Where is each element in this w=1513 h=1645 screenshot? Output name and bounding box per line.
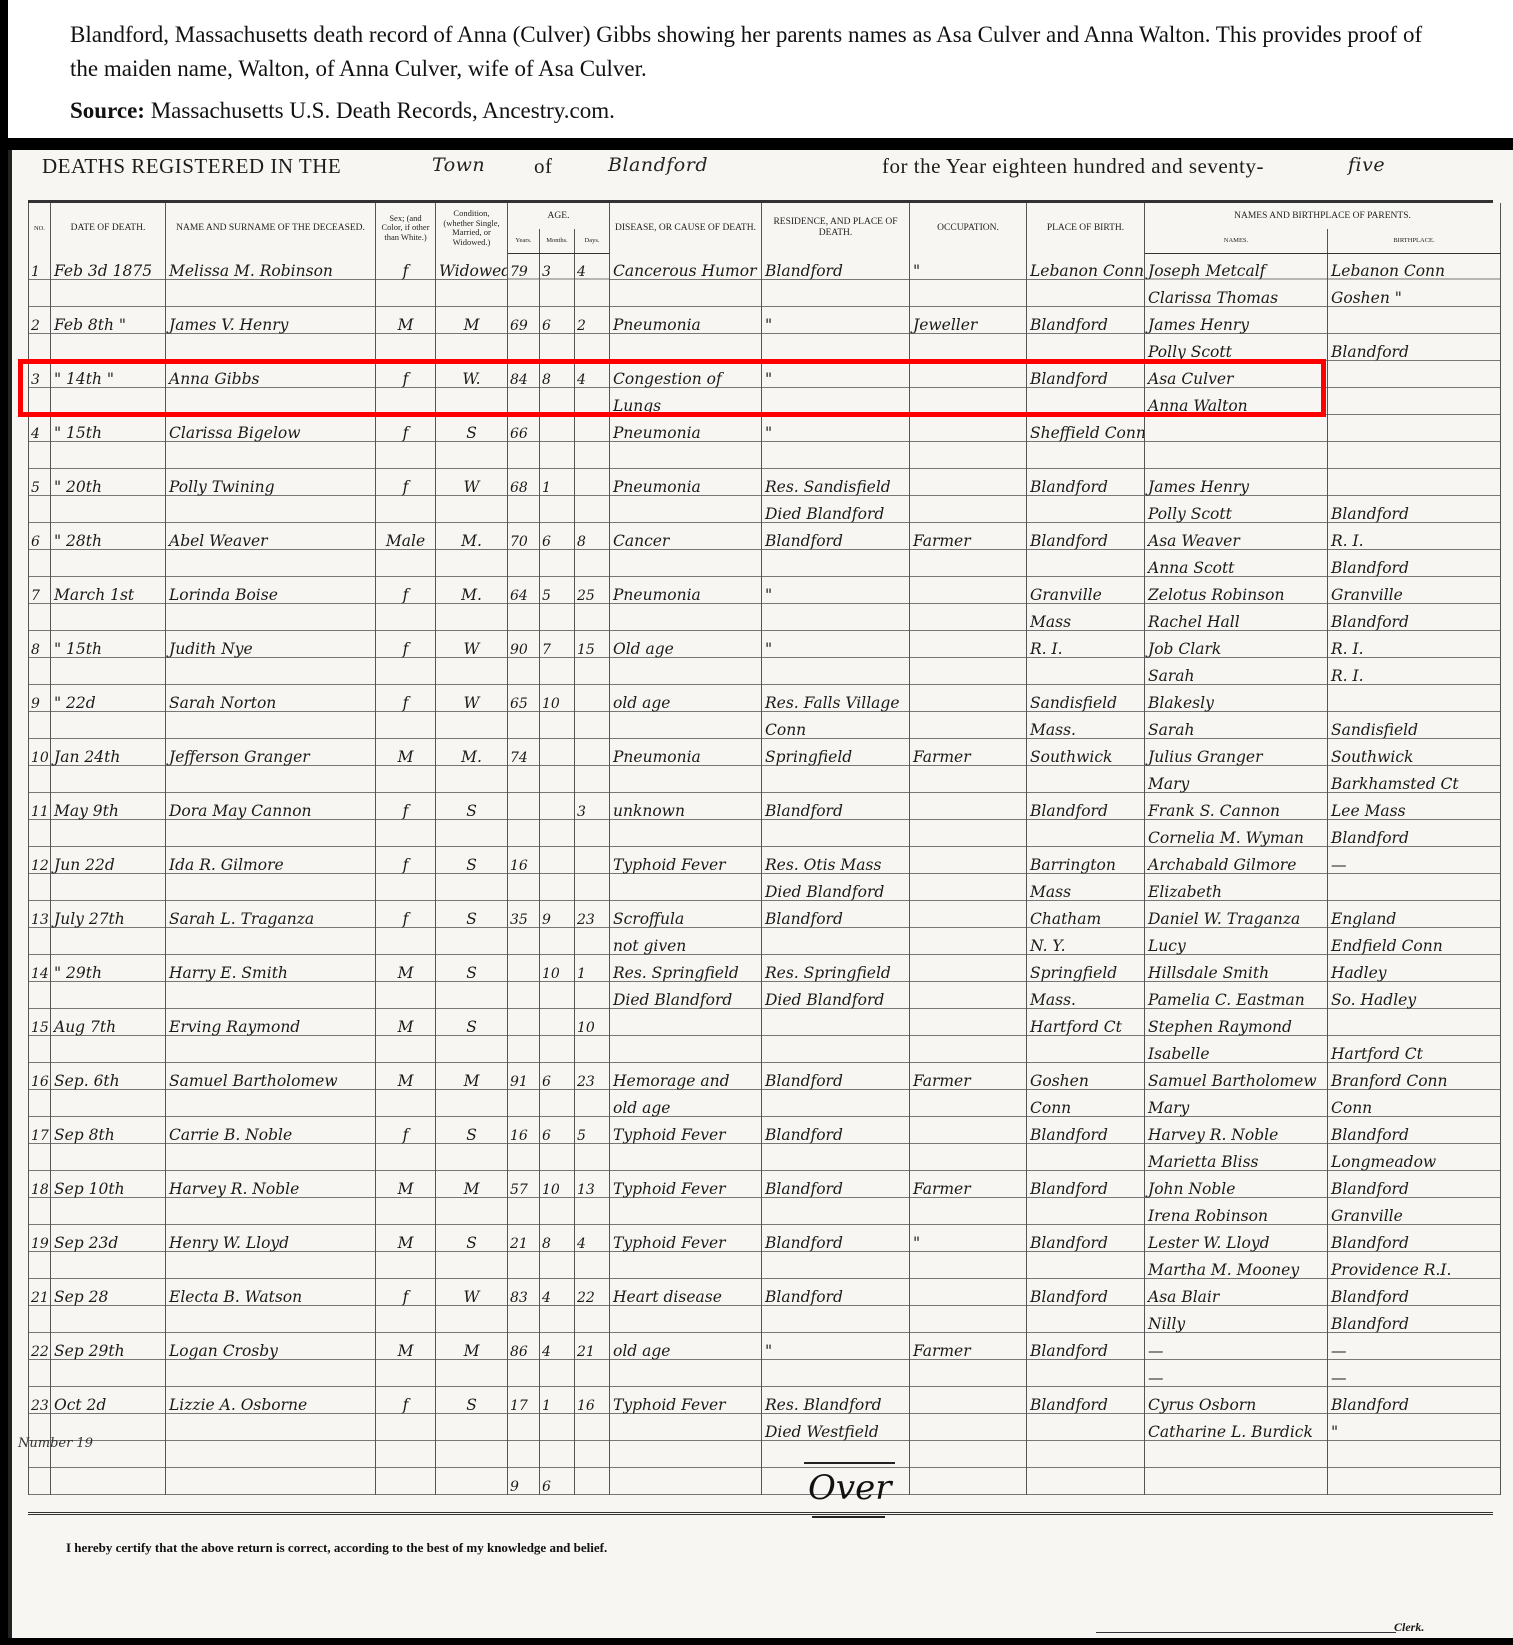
age-years [508, 766, 540, 793]
entry-number [29, 1306, 51, 1333]
occupation [910, 658, 1027, 685]
sex [376, 874, 436, 901]
place-of-birth [1027, 550, 1145, 577]
cause-of-death [610, 1414, 762, 1441]
occupation [910, 874, 1027, 901]
condition: M [436, 1171, 508, 1198]
deceased-name [166, 658, 376, 685]
sex [376, 1468, 436, 1495]
sex: f [376, 847, 436, 874]
parent-name: Sarah [1145, 658, 1328, 685]
condition: M. [436, 739, 508, 766]
place-of-birth [1027, 766, 1145, 793]
parent-name: Asa Blair [1145, 1279, 1328, 1306]
condition [436, 1414, 508, 1441]
date-of-death [51, 820, 166, 847]
parent-birthplace: Hartford Ct [1328, 1036, 1501, 1063]
entry-number: 19 [29, 1225, 51, 1252]
date-of-death: July 27th [51, 901, 166, 928]
deceased-name [166, 1144, 376, 1171]
age-days [575, 1144, 610, 1171]
age-years: 83 [508, 1279, 540, 1306]
age-months [540, 1090, 575, 1117]
entry-number: 16 [29, 1063, 51, 1090]
residence: Blandford [762, 1225, 910, 1252]
residence: Res. Falls Village [762, 685, 910, 712]
age-months [540, 496, 575, 523]
place-of-birth: Blandford [1027, 1117, 1145, 1144]
residence: Res. Sandisfield [762, 469, 910, 496]
condition: S [436, 901, 508, 928]
entry-number: 17 [29, 1117, 51, 1144]
place-of-birth: Springfield [1027, 955, 1145, 982]
parent-birthplace: — [1328, 1360, 1501, 1387]
parent-name [1145, 415, 1328, 442]
condition: S [436, 415, 508, 442]
condition [436, 982, 508, 1009]
cause-of-death [610, 658, 762, 685]
header-birthplace: Place of Birth. [1027, 203, 1145, 253]
condition [436, 1441, 508, 1468]
deceased-name [166, 1441, 376, 1468]
age-years [508, 1252, 540, 1279]
deceased-name [166, 1306, 376, 1333]
occupation [910, 1279, 1027, 1306]
parent-name: Asa Culver [1145, 361, 1328, 388]
parent-name: Mary [1145, 766, 1328, 793]
age-days [575, 685, 610, 712]
table-row: 3" 14th "Anna GibbsfW.8484Congestion of"… [29, 361, 1501, 388]
title-town-name: Blandford [608, 154, 708, 176]
age-years: 90 [508, 631, 540, 658]
entry-number [29, 1468, 51, 1495]
header-name: Name and Surname of the Deceased. [166, 203, 376, 253]
condition: W [436, 469, 508, 496]
age-months: 7 [540, 631, 575, 658]
residence [762, 1252, 910, 1279]
condition: Widowed [436, 253, 508, 280]
condition: W. [436, 361, 508, 388]
occupation [910, 496, 1027, 523]
sex: M [376, 955, 436, 982]
date-of-death: Sep 29th [51, 1333, 166, 1360]
deceased-name [166, 982, 376, 1009]
condition [436, 442, 508, 469]
age-years: 35 [508, 901, 540, 928]
occupation [910, 280, 1027, 307]
occupation [910, 1009, 1027, 1036]
occupation [910, 1144, 1027, 1171]
residence: Blandford [762, 1171, 910, 1198]
parent-name: Zelotus Robinson [1145, 577, 1328, 604]
entry-number: 21 [29, 1279, 51, 1306]
deceased-name: Abel Weaver [166, 523, 376, 550]
age-years: 86 [508, 1333, 540, 1360]
date-of-death: Sep 23d [51, 1225, 166, 1252]
age-years [508, 955, 540, 982]
date-of-death: Oct 2d [51, 1387, 166, 1414]
occupation [910, 604, 1027, 631]
residence: Died Westfield [762, 1414, 910, 1441]
title-print-3: for the Year eighteen hundred and sevent… [882, 154, 1264, 179]
age-years [508, 1360, 540, 1387]
cause-of-death: Pneumonia [610, 469, 762, 496]
parent-name: John Noble [1145, 1171, 1328, 1198]
residence [762, 1090, 910, 1117]
place-of-birth: N. Y. [1027, 928, 1145, 955]
table-row: 6" 28thAbel WeaverMaleM.7068CancerBlandf… [29, 523, 1501, 550]
age-years [508, 550, 540, 577]
parent-name: Isabelle [1145, 1036, 1328, 1063]
parent-name: Job Clark [1145, 631, 1328, 658]
cause-of-death [610, 1360, 762, 1387]
condition: S [436, 955, 508, 982]
age-months [540, 766, 575, 793]
age-years [508, 1144, 540, 1171]
age-years [508, 334, 540, 361]
entry-number: 7 [29, 577, 51, 604]
date-of-death [51, 874, 166, 901]
entry-number: 5 [29, 469, 51, 496]
occupation [910, 766, 1027, 793]
entry-number [29, 928, 51, 955]
source-label: Source: [70, 98, 145, 123]
table-row: 21Sep 28Electa B. WatsonfW83422Heart dis… [29, 1279, 1501, 1306]
header-parents: Names and Birthplace of Parents. [1145, 203, 1501, 229]
cause-of-death: Hemorage and [610, 1063, 762, 1090]
parent-birthplace: Sandisfield [1328, 712, 1501, 739]
header-no: No. [29, 203, 51, 253]
title-year: five [1348, 154, 1385, 176]
date-of-death [51, 928, 166, 955]
sex [376, 712, 436, 739]
sex: f [376, 1117, 436, 1144]
deceased-name: Clarissa Bigelow [166, 415, 376, 442]
parent-birthplace: Providence R.I. [1328, 1252, 1501, 1279]
date-of-death [51, 1252, 166, 1279]
parent-name: Catharine L. Burdick [1145, 1414, 1328, 1441]
parent-birthplace: R. I. [1328, 658, 1501, 685]
residence: Died Blandford [762, 496, 910, 523]
parent-name: Elizabeth [1145, 874, 1328, 901]
register-rows: 1Feb 3d 1875Melissa M. RobinsonfWidowed7… [29, 253, 1501, 1495]
cause-of-death [610, 712, 762, 739]
residence: Blandford [762, 253, 910, 280]
age-years: 79 [508, 253, 540, 280]
place-of-birth: Blandford [1027, 1171, 1145, 1198]
parent-name [1145, 1441, 1328, 1468]
parent-name: Archabald Gilmore [1145, 847, 1328, 874]
parent-birthplace: — [1328, 1333, 1501, 1360]
entry-number [29, 1198, 51, 1225]
residence: " [762, 415, 910, 442]
age-years [508, 442, 540, 469]
age-days: 1 [575, 955, 610, 982]
deceased-name: Melissa M. Robinson [166, 253, 376, 280]
condition [436, 928, 508, 955]
age-years: 64 [508, 577, 540, 604]
occupation [910, 577, 1027, 604]
table-row: Polly ScottBlandford [29, 334, 1501, 361]
occupation [910, 469, 1027, 496]
header-age-days: Days. [575, 229, 610, 253]
date-of-death: Sep. 6th [51, 1063, 166, 1090]
cause-of-death [610, 766, 762, 793]
parent-birthplace: Goshen " [1328, 280, 1501, 307]
cause-of-death: Heart disease [610, 1279, 762, 1306]
deceased-name: Henry W. Lloyd [166, 1225, 376, 1252]
parent-birthplace [1328, 469, 1501, 496]
entry-number: 8 [29, 631, 51, 658]
date-of-death: " 15th [51, 415, 166, 442]
parent-name: — [1145, 1333, 1328, 1360]
place-of-birth [1027, 1414, 1145, 1441]
parent-birthplace [1328, 361, 1501, 388]
date-of-death [51, 1144, 166, 1171]
sex: f [376, 415, 436, 442]
date-of-death: Feb 3d 1875 [51, 253, 166, 280]
parent-name: Lester W. Lloyd [1145, 1225, 1328, 1252]
age-days: 23 [575, 1063, 610, 1090]
parent-name: Rachel Hall [1145, 604, 1328, 631]
table-row: MassRachel HallBlandford [29, 604, 1501, 631]
age-years [508, 1009, 540, 1036]
sex: M [376, 307, 436, 334]
clerk-label: Clerk. [1394, 1620, 1424, 1635]
parent-name: Frank S. Cannon [1145, 793, 1328, 820]
age-months: 5 [540, 577, 575, 604]
age-months [540, 658, 575, 685]
cause-of-death [610, 1198, 762, 1225]
deceased-name [166, 496, 376, 523]
cause-of-death [610, 820, 762, 847]
condition [436, 1090, 508, 1117]
parent-birthplace [1328, 388, 1501, 415]
age-months [540, 388, 575, 415]
title-town-type: Town [432, 154, 485, 176]
age-months [540, 820, 575, 847]
occupation [910, 1414, 1027, 1441]
parent-birthplace: So. Hadley [1328, 982, 1501, 1009]
cause-of-death: Typhoid Fever [610, 847, 762, 874]
deceased-name [166, 604, 376, 631]
age-months [540, 1306, 575, 1333]
entry-number [29, 874, 51, 901]
parent-birthplace: Barkhamsted Ct [1328, 766, 1501, 793]
cause-of-death [610, 1009, 762, 1036]
table-row: 4" 15thClarissa BigelowfS66Pneumonia"She… [29, 415, 1501, 442]
place-of-birth: Blandford [1027, 1279, 1145, 1306]
occupation [910, 334, 1027, 361]
table-row: 8" 15thJudith NyefW90715Old age"R. I.Job… [29, 631, 1501, 658]
age-years [508, 1306, 540, 1333]
cause-of-death: not given [610, 928, 762, 955]
table-row: old ageConnMaryConn [29, 1090, 1501, 1117]
deceased-name [166, 1036, 376, 1063]
deceased-name: Logan Crosby [166, 1333, 376, 1360]
occupation [910, 793, 1027, 820]
condition [436, 280, 508, 307]
parent-birthplace: R. I. [1328, 523, 1501, 550]
entry-number: 10 [29, 739, 51, 766]
parent-name: Nilly [1145, 1306, 1328, 1333]
age-days [575, 1036, 610, 1063]
date-of-death: " 15th [51, 631, 166, 658]
sex: Male [376, 523, 436, 550]
place-of-birth: Granville [1027, 577, 1145, 604]
age-years [508, 496, 540, 523]
occupation [910, 1360, 1027, 1387]
age-days: 15 [575, 631, 610, 658]
occupation: Farmer [910, 739, 1027, 766]
deceased-name [166, 928, 376, 955]
footer-rule [28, 1512, 1493, 1515]
deceased-name: Ida R. Gilmore [166, 847, 376, 874]
entry-number [29, 496, 51, 523]
deceased-name [166, 388, 376, 415]
cause-of-death: old age [610, 1333, 762, 1360]
age-months [540, 1009, 575, 1036]
age-days [575, 415, 610, 442]
age-years: 65 [508, 685, 540, 712]
parent-name: Martha M. Mooney [1145, 1252, 1328, 1279]
place-of-birth: Blandford [1027, 361, 1145, 388]
parent-name: Samuel Bartholomew [1145, 1063, 1328, 1090]
age-months: 6 [540, 1063, 575, 1090]
sex [376, 1198, 436, 1225]
table-row: 13July 27thSarah L. TraganzafS35923Scrof… [29, 901, 1501, 928]
sex [376, 1441, 436, 1468]
date-of-death: " 20th [51, 469, 166, 496]
age-years: 74 [508, 739, 540, 766]
parent-name: Polly Scott [1145, 496, 1328, 523]
date-of-death: May 9th [51, 793, 166, 820]
parent-birthplace: England [1328, 901, 1501, 928]
cause-of-death: Pneumonia [610, 415, 762, 442]
table-row: SarahR. I. [29, 658, 1501, 685]
entry-number [29, 658, 51, 685]
age-years [508, 1090, 540, 1117]
cause-of-death [610, 550, 762, 577]
occupation: " [910, 1225, 1027, 1252]
cause-of-death: Scroffula [610, 901, 762, 928]
entry-number: 22 [29, 1333, 51, 1360]
sex: f [376, 1279, 436, 1306]
date-of-death [51, 712, 166, 739]
table-row: Marietta BlissLongmeadow [29, 1144, 1501, 1171]
condition [436, 550, 508, 577]
age-days: 4 [575, 1225, 610, 1252]
table-row: 14" 29thHarry E. SmithMS101Res. Springfi… [29, 955, 1501, 982]
entry-number [29, 1090, 51, 1117]
age-years: 21 [508, 1225, 540, 1252]
parent-birthplace: Blandford [1328, 1306, 1501, 1333]
occupation [910, 1117, 1027, 1144]
deceased-name: Sarah L. Traganza [166, 901, 376, 928]
residence [762, 1360, 910, 1387]
place-of-birth [1027, 1252, 1145, 1279]
condition [436, 1036, 508, 1063]
sex [376, 1306, 436, 1333]
sex [376, 280, 436, 307]
parent-birthplace: Lee Mass [1328, 793, 1501, 820]
deceased-name [166, 550, 376, 577]
header-condition: Condition, (whether Single, Married, or … [436, 203, 508, 253]
date-of-death: Sep 8th [51, 1117, 166, 1144]
cause-of-death: Typhoid Fever [610, 1387, 762, 1414]
table-row: 10Jan 24thJefferson GrangerMM.74Pneumoni… [29, 739, 1501, 766]
parent-birthplace [1328, 1441, 1501, 1468]
sex [376, 1090, 436, 1117]
cause-of-death: Pneumonia [610, 307, 762, 334]
table-row: 17Sep 8thCarrie B. NoblefS1665Typhoid Fe… [29, 1117, 1501, 1144]
residence [762, 1009, 910, 1036]
place-of-birth: Hartford Ct [1027, 1009, 1145, 1036]
place-of-birth: Blandford [1027, 1387, 1145, 1414]
parent-name: Cyrus Osborn [1145, 1387, 1328, 1414]
date-of-death: March 1st [51, 577, 166, 604]
parent-birthplace: Southwick [1328, 739, 1501, 766]
date-of-death [51, 604, 166, 631]
place-of-birth [1027, 820, 1145, 847]
condition: W [436, 1279, 508, 1306]
age-months: 8 [540, 361, 575, 388]
parent-birthplace: Blandford [1328, 820, 1501, 847]
place-of-birth: R. I. [1027, 631, 1145, 658]
age-days [575, 334, 610, 361]
entry-number: 15 [29, 1009, 51, 1036]
header-parent-birthplace: Birthplace. [1328, 229, 1501, 253]
place-of-birth: Goshen [1027, 1063, 1145, 1090]
parent-name: Harvey R. Noble [1145, 1117, 1328, 1144]
parent-name: Anna Walton [1145, 388, 1328, 415]
residence: Blandford [762, 1117, 910, 1144]
parent-birthplace: Blandford [1328, 604, 1501, 631]
place-of-birth [1027, 1036, 1145, 1063]
entry-number: 14 [29, 955, 51, 982]
sex [376, 1414, 436, 1441]
deceased-name [166, 1360, 376, 1387]
sex [376, 1360, 436, 1387]
condition [436, 1144, 508, 1171]
occupation [910, 1306, 1027, 1333]
place-of-birth: Blandford [1027, 793, 1145, 820]
parent-name: James Henry [1145, 307, 1328, 334]
table-row: Cornelia M. WymanBlandford [29, 820, 1501, 847]
table-row: 96 [29, 1468, 1501, 1495]
deceased-name: Harvey R. Noble [166, 1171, 376, 1198]
death-register-table: No. Date of Death. Name and Surname of t… [28, 203, 1501, 1495]
table-row: 2Feb 8th "James V. HenryMM6962Pneumonia"… [29, 307, 1501, 334]
sex [376, 604, 436, 631]
age-months: 3 [540, 253, 575, 280]
date-of-death: " 22d [51, 685, 166, 712]
sex [376, 658, 436, 685]
table-row: 1Feb 3d 1875Melissa M. RobinsonfWidowed7… [29, 253, 1501, 280]
entry-number [29, 766, 51, 793]
age-days [575, 550, 610, 577]
entry-number [29, 712, 51, 739]
sex: f [376, 1387, 436, 1414]
residence [762, 766, 910, 793]
entry-number [29, 442, 51, 469]
parent-birthplace: R. I. [1328, 631, 1501, 658]
sex [376, 766, 436, 793]
age-days: 10 [575, 1009, 610, 1036]
header-age: Age. [508, 203, 610, 229]
cause-of-death: old age [610, 685, 762, 712]
place-of-birth: Mass. [1027, 712, 1145, 739]
